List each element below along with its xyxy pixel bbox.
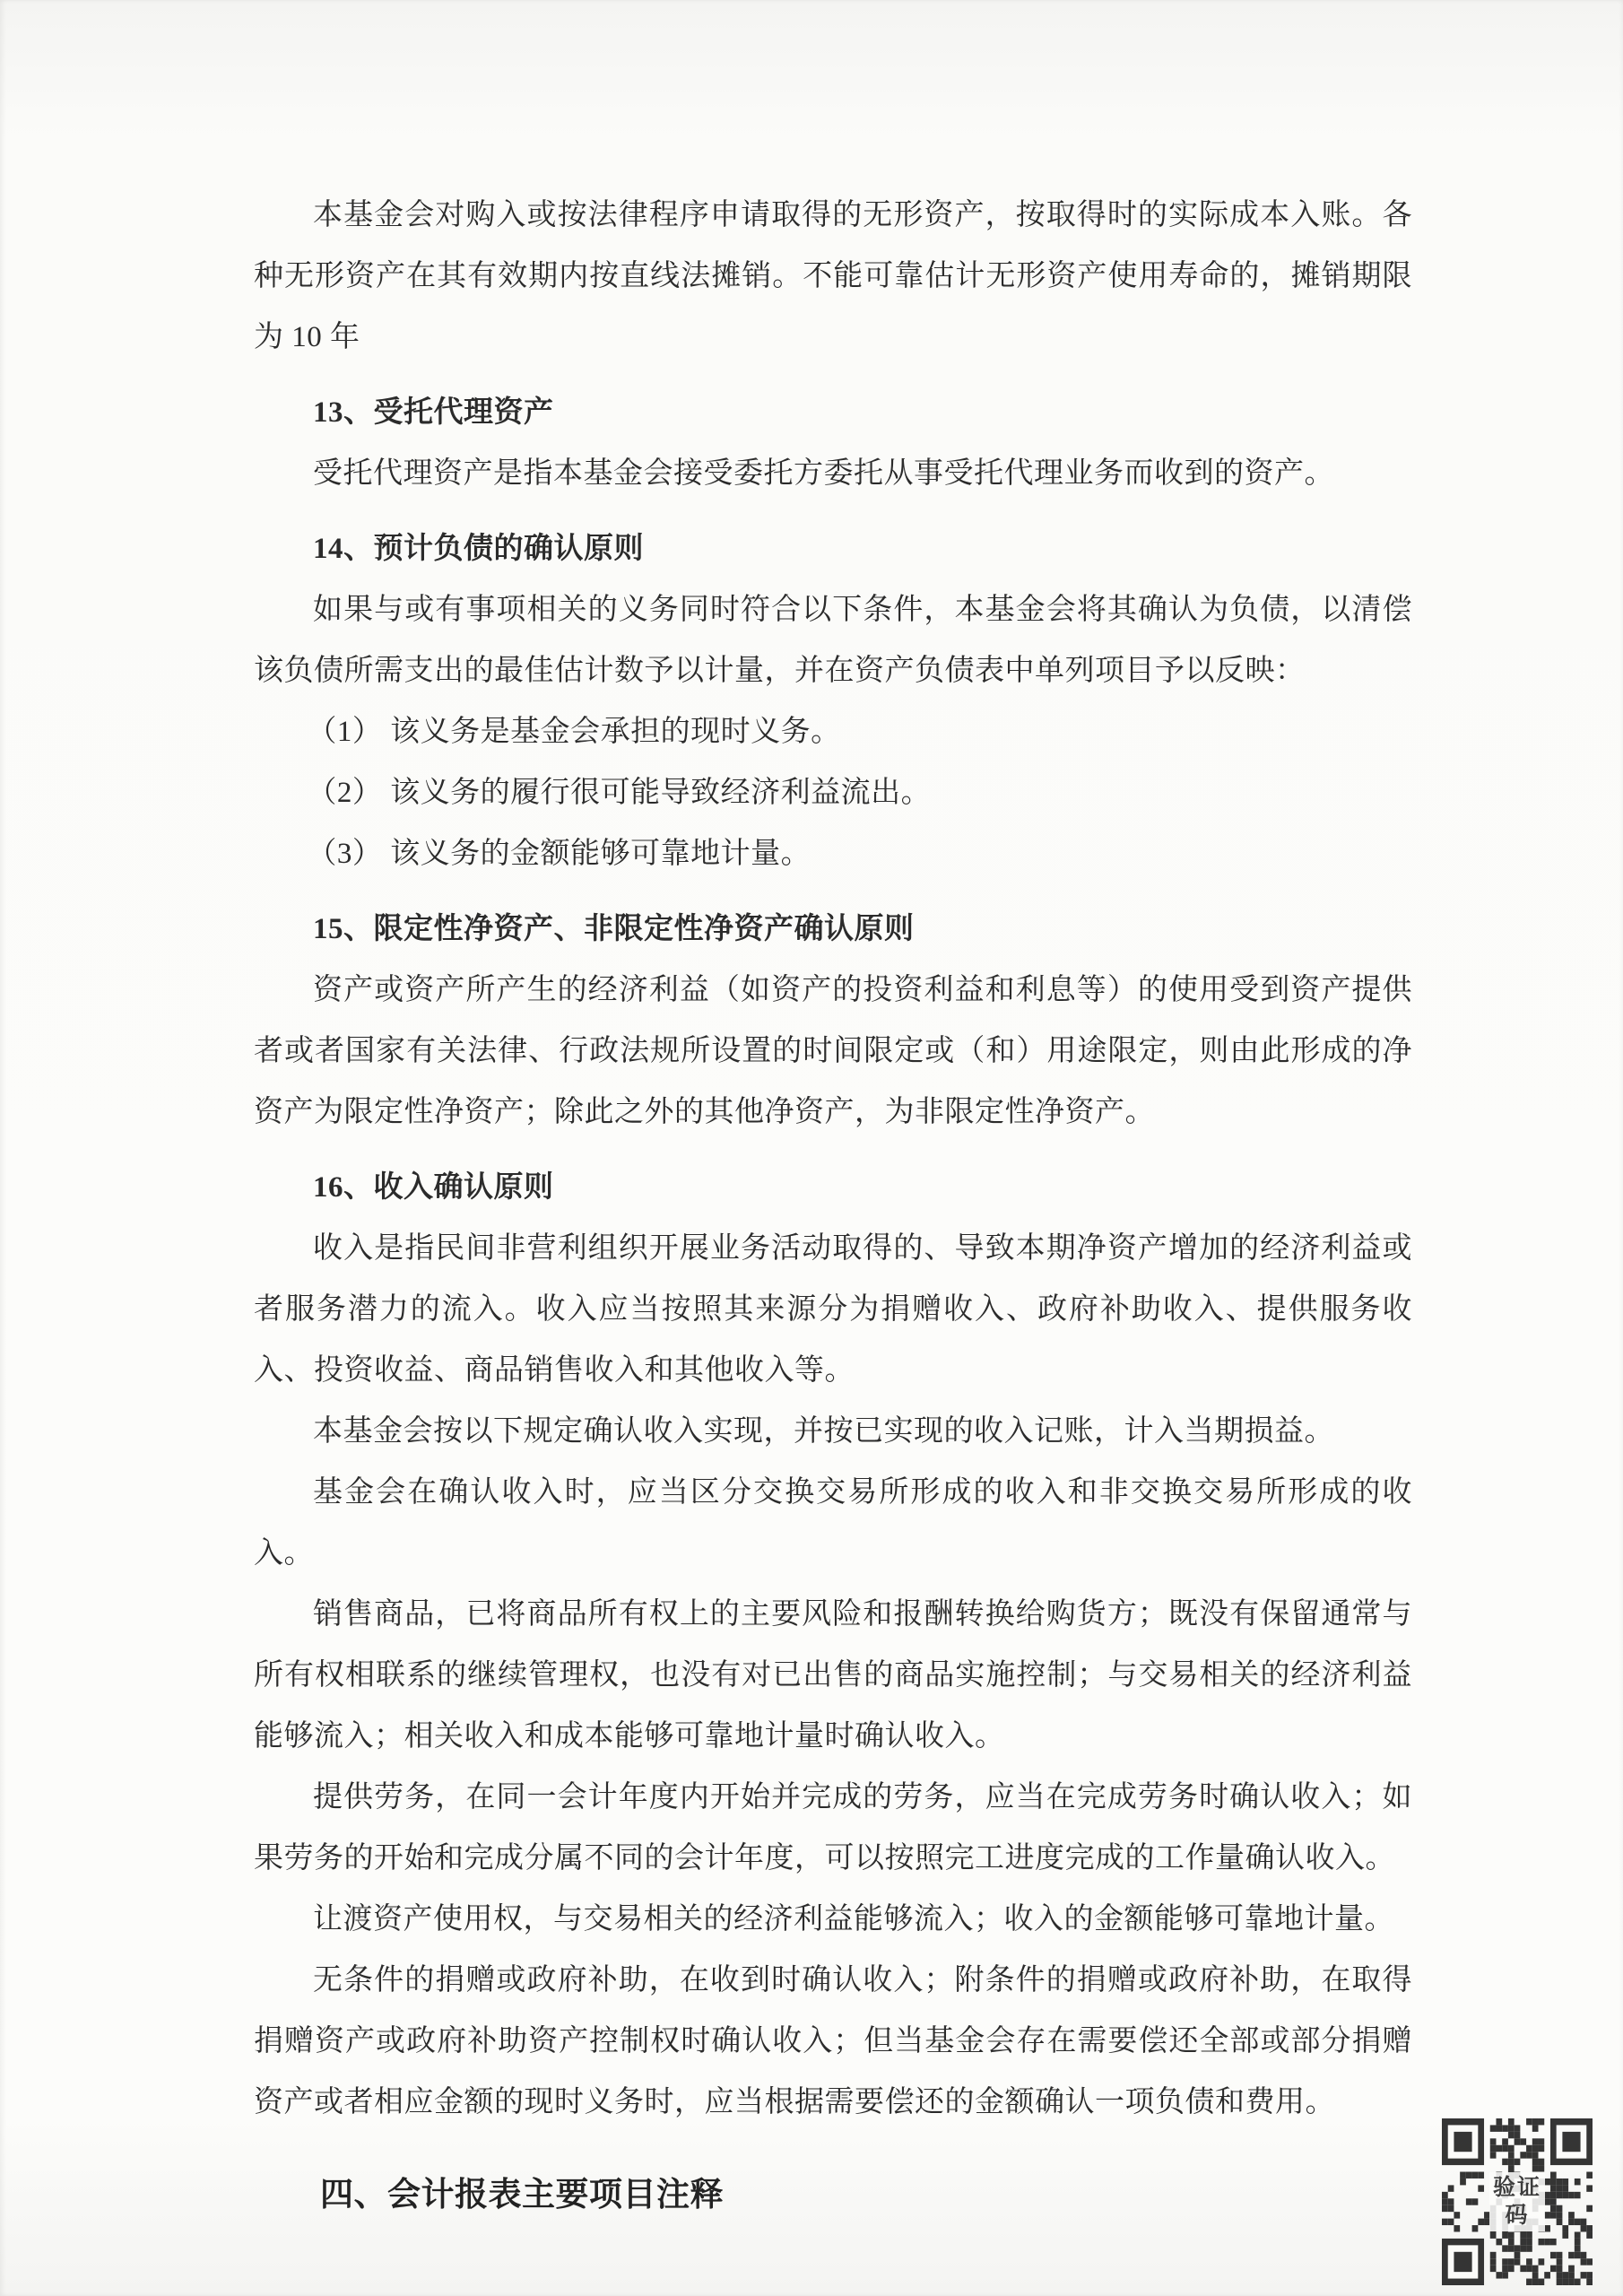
chapter-heading: 四、会计报表主要项目注释 — [254, 2165, 1412, 2226]
verification-qr-code: 验证码 — [1442, 2118, 1593, 2285]
qr-label: 验证码 — [1489, 2172, 1545, 2231]
body-paragraph: 如果与或有事项相关的义务同时符合以下条件，本基金会将其确认为负债，以清偿该负债所… — [254, 579, 1412, 701]
condition-list-item: （1） 该义务是基金会承担的现时义务。 — [254, 701, 1412, 762]
numbered-heading: 16、收入确认原则 — [254, 1157, 1412, 1218]
document-page: 本基金会对购入或按法律程序申请取得的无形资产，按取得时的实际成本入账。各种无形资… — [0, 0, 1623, 2296]
body-paragraph: 本基金会按以下规定确认收入实现，并按已实现的收入记账，计入当期损益。 — [254, 1401, 1412, 1462]
body-paragraph: 受托代理资产是指本基金会接受委托方委托从事受托代理业务而收到的资产。 — [254, 443, 1412, 504]
body-paragraph: 本基金会对购入或按法律程序申请取得的无形资产，按取得时的实际成本入账。各种无形资… — [254, 185, 1412, 368]
numbered-heading: 15、限定性净资产、非限定性净资产确认原则 — [254, 899, 1412, 960]
body-paragraph: 资产或资产所产生的经济利益（如资产的投资利益和利息等）的使用受到资产提供者或者国… — [254, 960, 1412, 1143]
body-paragraph: 销售商品，已将商品所有权上的主要风险和报酬转换给购货方；既没有保留通常与所有权相… — [254, 1584, 1412, 1767]
document-body: 本基金会对购入或按法律程序申请取得的无形资产，按取得时的实际成本入账。各种无形资… — [254, 185, 1412, 2226]
body-paragraph: 提供劳务，在同一会计年度内开始并完成的劳务，应当在完成劳务时确认收入；如果劳务的… — [254, 1767, 1412, 1889]
body-paragraph: 让渡资产使用权，与交易相关的经济利益能够流入；收入的金额能够可靠地计量。 — [254, 1889, 1412, 1950]
body-paragraph: 基金会在确认收入时，应当区分交换交易所形成的收入和非交换交易所形成的收入。 — [254, 1462, 1412, 1584]
numbered-heading: 14、预计负债的确认原则 — [254, 518, 1412, 579]
condition-list-item: （2） 该义务的履行很可能导致经济利益流出。 — [254, 762, 1412, 823]
body-paragraph: 无条件的捐赠或政府补助，在收到时确认收入；附条件的捐赠或政府补助，在取得捐赠资产… — [254, 1950, 1412, 2133]
numbered-heading: 13、受托代理资产 — [254, 382, 1412, 443]
body-paragraph: 收入是指民间非营利组织开展业务活动取得的、导致本期净资产增加的经济利益或者服务潜… — [254, 1218, 1412, 1401]
condition-list-item: （3） 该义务的金额能够可靠地计量。 — [254, 823, 1412, 884]
